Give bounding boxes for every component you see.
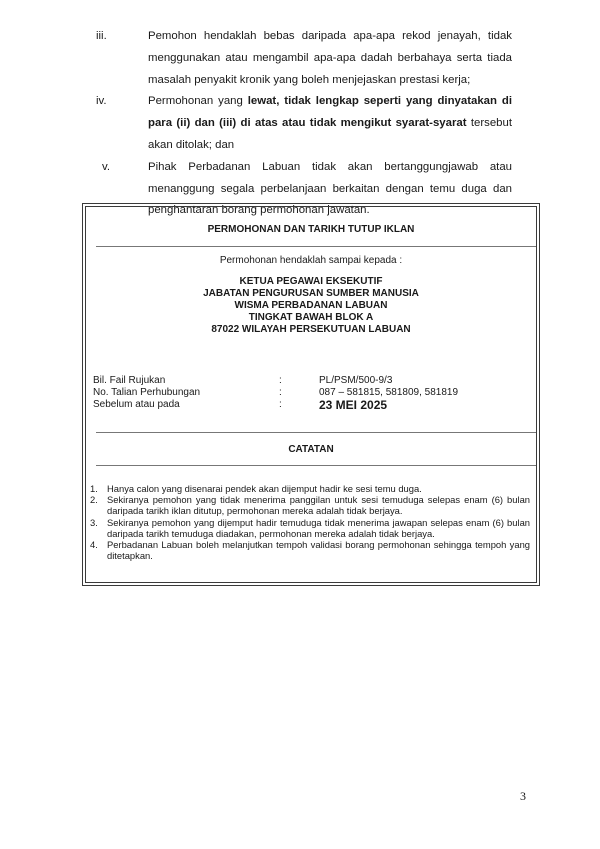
note-item: 2.Sekiranya pemohon yang tidak menerima …: [90, 494, 530, 516]
note-text: Sekiranya pemohon yang dijemput hadir te…: [107, 517, 530, 539]
info-value: PL/PSM/500-9/3: [319, 375, 392, 387]
info-label: Bil. Fail Rujukan: [93, 375, 279, 387]
address-line: TINGKAT BAWAH BLOK A: [86, 312, 536, 324]
notes-list: 1.Hanya calon yang disenarai pendek akan…: [90, 483, 530, 561]
note-text: Perbadanan Labuan boleh melanjutkan temp…: [107, 539, 530, 561]
condition-text: Pemohon hendaklah bebas daripada apa-apa…: [148, 26, 512, 91]
address-line: KETUA PEGAWAI EKSEKUTIF: [86, 276, 536, 288]
info-row: Bil. Fail Rujukan : PL/PSM/500-9/3: [93, 375, 458, 387]
info-label: Sebelum atau pada: [93, 399, 279, 411]
note-item: 1.Hanya calon yang disenarai pendek akan…: [90, 483, 530, 494]
page-number: 3: [520, 789, 526, 804]
note-number: 1.: [90, 483, 107, 494]
info-label: No. Talian Perhubungan: [93, 387, 279, 399]
address-line: WISMA PERBADANAN LABUAN: [86, 300, 536, 312]
address-block: KETUA PEGAWAI EKSEKUTIF JABATAN PENGURUS…: [86, 276, 536, 336]
info-separator: :: [279, 399, 319, 411]
condition-marker: iv.: [96, 91, 148, 156]
note-number: 4.: [90, 539, 107, 561]
application-box: PERMOHONAN DAN TARIKH TUTUP IKLAN Permoh…: [82, 203, 540, 586]
box-title: PERMOHONAN DAN TARIKH TUTUP IKLAN: [86, 224, 536, 235]
info-row: No. Talian Perhubungan : 087 – 581815, 5…: [93, 387, 458, 399]
address-line: JABATAN PENGURUSAN SUMBER MANUSIA: [86, 288, 536, 300]
divider: [96, 432, 536, 433]
condition-item: iii. Pemohon hendaklah bebas daripada ap…: [96, 26, 512, 91]
condition-marker: iii.: [96, 26, 148, 91]
conditions-list: iii. Pemohon hendaklah bebas daripada ap…: [96, 26, 512, 222]
info-table: Bil. Fail Rujukan : PL/PSM/500-9/3 No. T…: [93, 375, 458, 411]
note-number: 3.: [90, 517, 107, 539]
condition-text-before: Permohonan yang: [148, 95, 248, 107]
condition-item: iv. Permohonan yang lewat, tidak lengkap…: [96, 91, 512, 156]
note-number: 2.: [90, 494, 107, 516]
note-text: Hanya calon yang disenarai pendek akan d…: [107, 483, 530, 494]
info-separator: :: [279, 387, 319, 399]
info-separator: :: [279, 375, 319, 387]
divider: [96, 465, 536, 466]
closing-date: 23 MEI 2025: [319, 399, 387, 411]
note-item: 3.Sekiranya pemohon yang dijemput hadir …: [90, 517, 530, 539]
note-item: 4.Perbadanan Labuan boleh melanjutkan te…: [90, 539, 530, 561]
address-line: 87022 WILAYAH PERSEKUTUAN LABUAN: [86, 324, 536, 336]
notes-title: CATATAN: [86, 444, 536, 455]
info-row: Sebelum atau pada : 23 MEI 2025: [93, 399, 458, 411]
condition-text: Permohonan yang lewat, tidak lengkap sep…: [148, 91, 512, 156]
box-intro: Permohonan hendaklah sampai kepada :: [86, 255, 536, 266]
divider: [96, 246, 536, 247]
note-text: Sekiranya pemohon yang tidak menerima pa…: [107, 494, 530, 516]
